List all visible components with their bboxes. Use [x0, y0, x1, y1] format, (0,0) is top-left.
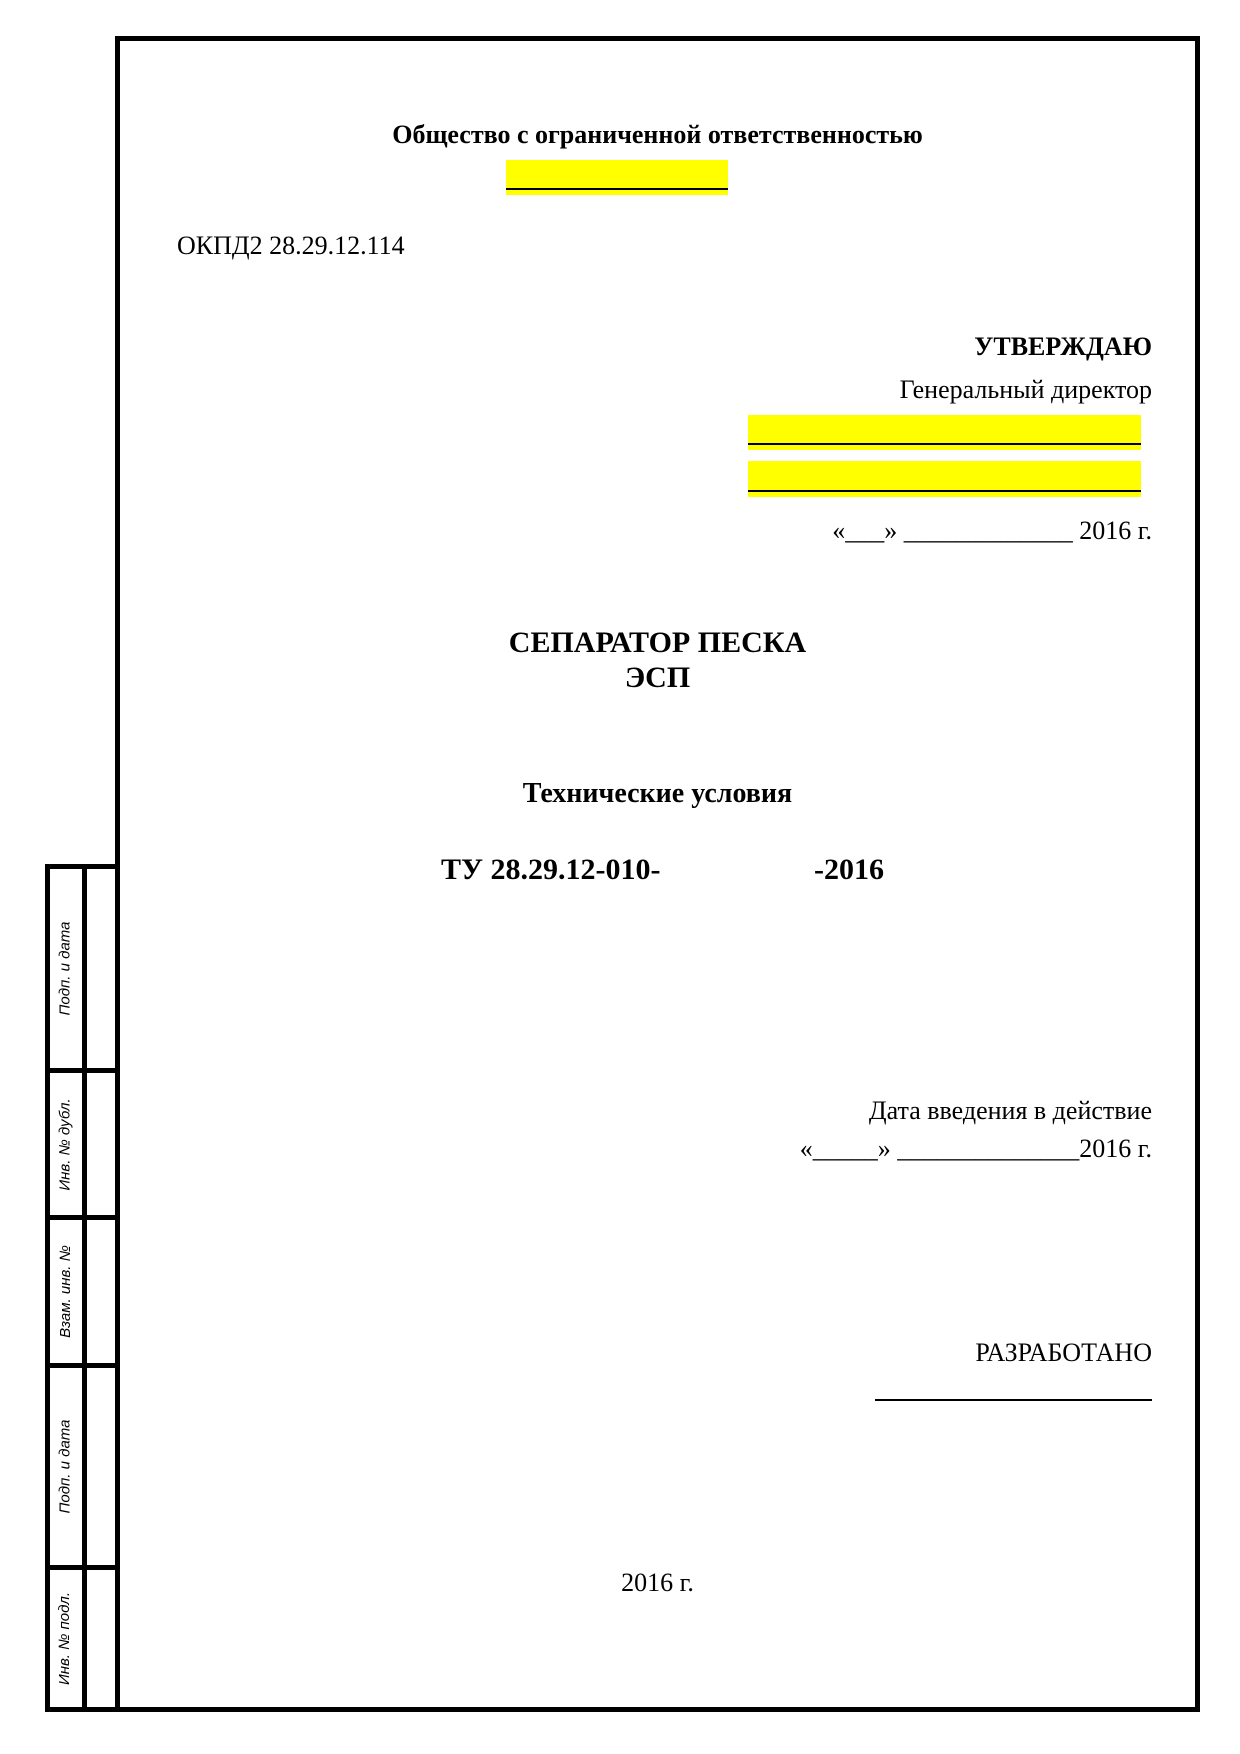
effective-date-line: «_____» ______________2016 г. — [800, 1136, 1152, 1162]
organization-line: Общество с ограниченной ответственностью — [115, 122, 1200, 148]
stamp-label: Инв. № подл. — [57, 1592, 74, 1685]
approval-position: Генеральный директор — [900, 377, 1152, 403]
developed-by-label: РАЗРАБОТАНО — [975, 1340, 1152, 1366]
spec-number-prefix: ТУ 28.29.12-010- — [441, 855, 661, 885]
stamp-cell-sign-date-1: Подп. и дата — [45, 864, 120, 1073]
stamp-label: Взам. инв. № — [57, 1245, 74, 1338]
stamp-cell-dup-inv: Инв. № дубл. — [45, 1068, 120, 1220]
product-title-line-1: СЕПАРАТОР ПЕСКА — [115, 628, 1200, 658]
stamp-label: Подп. и дата — [57, 1420, 74, 1514]
stamp-cell-orig-inv: Инв. № подл. — [45, 1565, 120, 1712]
approver-name-field-1[interactable] — [748, 415, 1141, 450]
stamp-label: Инв. № дубл. — [57, 1098, 74, 1190]
effective-date-label: Дата введения в действие — [869, 1098, 1152, 1124]
footer-year: 2016 г. — [115, 1570, 1200, 1596]
stamp-label: Подп. и дата — [57, 922, 74, 1016]
organization-name-field[interactable] — [506, 160, 728, 195]
approval-date: «___» _____________ 2016 г. — [832, 518, 1152, 544]
document-type: Технические условия — [115, 780, 1200, 808]
spec-number-suffix: -2016 — [814, 855, 884, 885]
side-stamp: Подп. и дата Инв. № дубл. Взам. инв. № П… — [45, 864, 120, 1712]
okpd-code: ОКПД2 28.29.12.114 — [177, 233, 405, 259]
product-title-line-2: ЭСП — [115, 663, 1200, 693]
developer-signature-line — [875, 1399, 1152, 1401]
approval-heading: УТВЕРЖДАЮ — [974, 334, 1152, 360]
approver-name-field-2[interactable] — [748, 461, 1141, 497]
stamp-cell-replace-inv: Взам. инв. № — [45, 1215, 120, 1368]
stamp-cell-sign-date-2: Подп. и дата — [45, 1363, 120, 1570]
